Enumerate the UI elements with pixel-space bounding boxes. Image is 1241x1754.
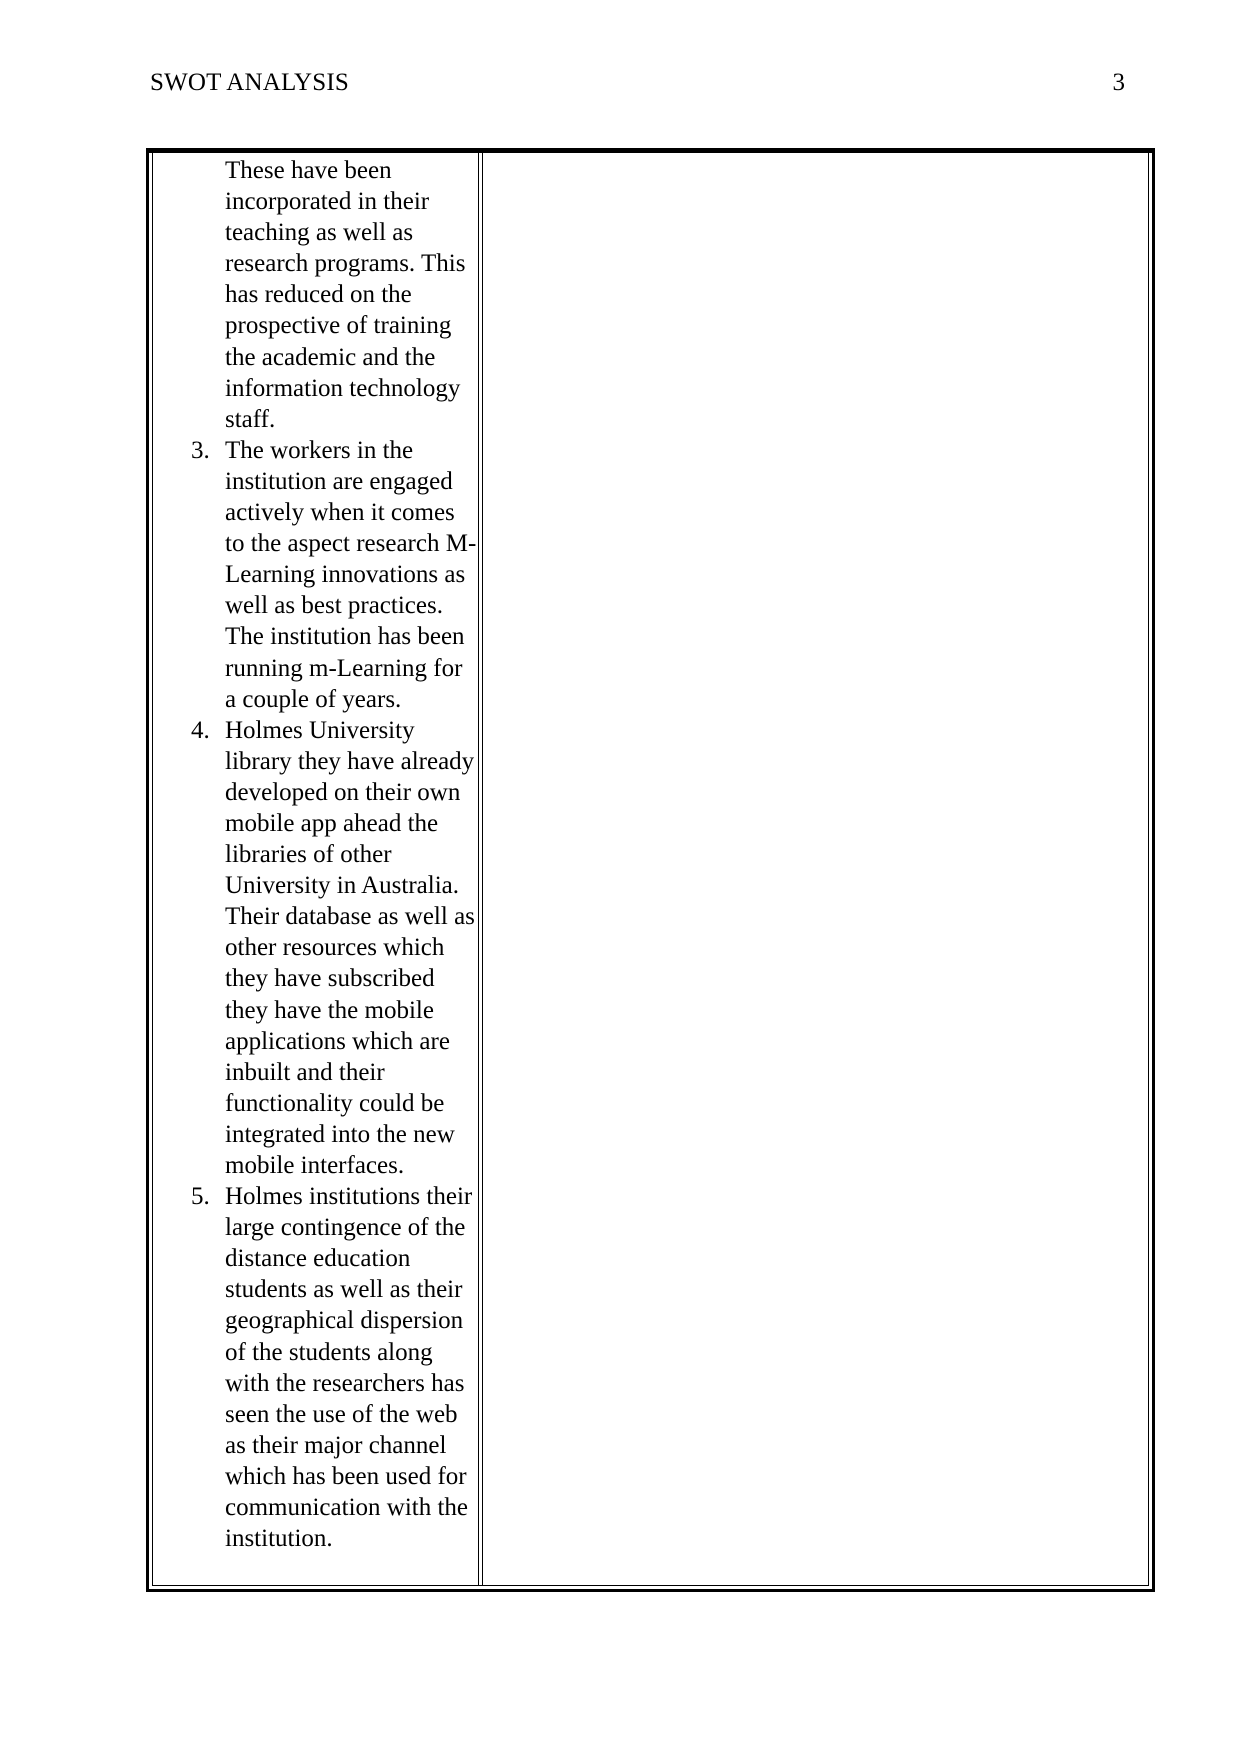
running-head-title: SWOT ANALYSIS xyxy=(150,68,349,97)
list-item-4: 4. Holmes University library they have a… xyxy=(153,715,478,1181)
list-item-number: 4. xyxy=(191,715,210,746)
document-page: SWOT ANALYSIS 3 These have been incorpor… xyxy=(0,0,1241,1754)
list-item-text: Holmes institutions their large continge… xyxy=(225,1181,478,1554)
list-item-continuation: These have been incorporated in their te… xyxy=(153,155,478,435)
list-item-number: 5. xyxy=(191,1181,210,1212)
list-item-3: 3. The workers in the institution are en… xyxy=(153,435,478,715)
list-item-number: 3. xyxy=(191,435,210,466)
table-cell-right-empty xyxy=(483,153,1148,1585)
page-number: 3 xyxy=(1040,68,1125,97)
table-inner-frame: These have been incorporated in their te… xyxy=(152,153,1149,1586)
table-cell-left: These have been incorporated in their te… xyxy=(153,153,478,1585)
list-item-5: 5. Holmes institutions their large conti… xyxy=(153,1181,478,1554)
list-item-text: The workers in the institution are engag… xyxy=(225,435,478,715)
swot-table: These have been incorporated in their te… xyxy=(146,148,1155,1592)
list-item-text: These have been incorporated in their te… xyxy=(225,155,478,435)
list-item-text: Holmes University library they have alre… xyxy=(225,715,478,1181)
